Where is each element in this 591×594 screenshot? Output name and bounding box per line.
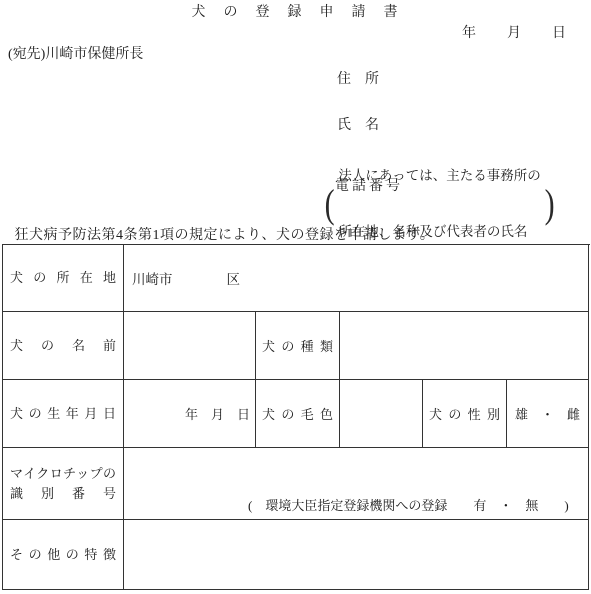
dog-location-value: 川崎市 区 [124, 245, 589, 312]
date-line: 年 月 日 [462, 22, 567, 42]
other-features-value [124, 520, 589, 590]
coat-color-value [340, 380, 423, 448]
address-label: 住 所 [337, 68, 379, 88]
open-paren: ( [325, 183, 335, 225]
birth-date-label: 犬の生年月日 [3, 380, 124, 448]
form-title: 犬 の 登 録 申 請 書 [0, 1, 591, 21]
intro-sentence: 狂犬病予防法第4条第1項の規定により、犬の登録を申請します。 [0, 224, 434, 244]
sex-value: 雄 ・ 雌 [507, 380, 589, 448]
sex-label: 犬の性別 [423, 380, 507, 448]
birth-date-value: 年 月 日 [124, 380, 256, 448]
microchip-label: マイクロチップの 識別番号 [3, 448, 124, 520]
dog-registration-form: 犬 の 登 録 申 請 書 年 月 日 (宛先)川崎市保健所長 住 所 氏 名 … [0, 0, 591, 594]
other-features-label: その他の特徴 [3, 520, 124, 590]
breed-value [340, 312, 589, 380]
microchip-value: ( 環境大臣指定登録機関への登録 有 ・ 無 ) [124, 448, 589, 520]
dog-location-label: 犬の所在地 [3, 245, 124, 312]
phone-label: 電話番号 [335, 175, 403, 195]
close-paren: ) [544, 183, 554, 225]
microchip-registration-note: ( 環境大臣指定登録機関への登録 有 ・ 無 ) [248, 495, 569, 514]
dog-name-label: 犬の名前 [3, 312, 124, 380]
addressee: (宛先)川崎市保健所長 [8, 43, 143, 63]
dog-name-value [124, 312, 256, 380]
registration-table: 犬の所在地 川崎市 区 犬の名前 犬の種類 犬の生年月日 年 月 日 犬の毛色 … [2, 244, 590, 590]
breed-label: 犬の種類 [256, 312, 340, 380]
coat-color-label: 犬の毛色 [256, 380, 340, 448]
